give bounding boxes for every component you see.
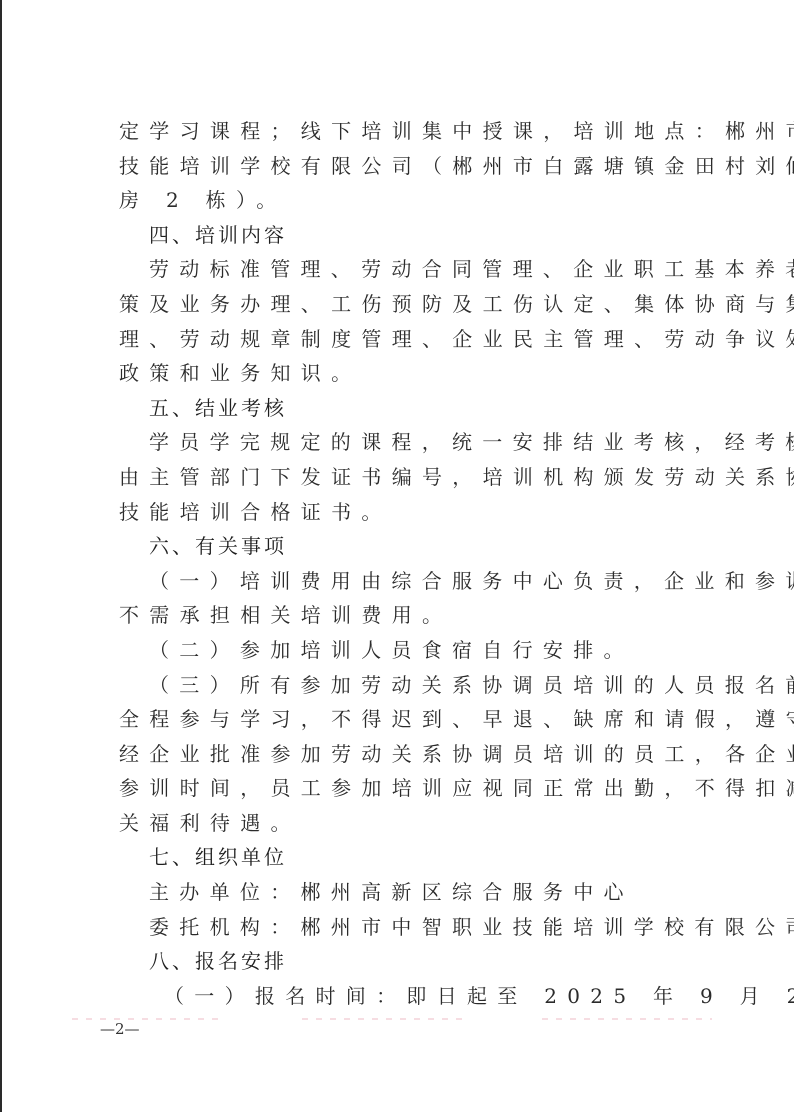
section-heading-completion-assessment: 五、结业考核	[119, 391, 709, 426]
scan-artifact	[302, 1018, 462, 1020]
document-page: 定学习课程；线下培训集中授课，培训地点：郴州市中智职业 技能培训学校有限公司（郴…	[2, 0, 794, 1112]
page-number: —2—	[100, 1020, 140, 1038]
paragraph-line: 参训时间，员工参加培训应视同正常出勤，不得扣减工资和相	[119, 771, 709, 806]
paragraph-line: 主办单位：郴州高新区综合服务中心	[119, 875, 709, 910]
section-heading-registration: 八、报名安排	[119, 944, 709, 979]
scan-artifact	[72, 1018, 222, 1020]
paragraph-line: （三）所有参加劳动关系协调员培训的人员报名前请确保	[119, 668, 709, 703]
section-heading-related-matters: 六、有关事项	[119, 529, 709, 564]
paragraph-line: 不需承担相关培训费用。	[119, 598, 709, 633]
paragraph-line: （一）报名时间：即日起至 2025 年 9 月 20 日	[119, 979, 709, 1014]
paragraph-line: 技能培训合格证书。	[119, 495, 709, 530]
paragraph-line: 由主管部门下发证书编号，培训机构颁发劳动关系协调员职业	[119, 460, 709, 495]
paragraph-line: 关福利待遇。	[119, 806, 709, 841]
paragraph-line: 经企业批准参加劳动关系协调员培训的员工，各企业请确保其	[119, 737, 709, 772]
scan-artifact	[542, 1018, 712, 1020]
paragraph-line: （一）培训费用由综合服务中心负责，企业和参训学员均	[119, 564, 709, 599]
section-heading-organizers: 七、组织单位	[119, 840, 709, 875]
paragraph-line: （二）参加培训人员食宿自行安排。	[119, 633, 709, 668]
section-heading-training-content: 四、培训内容	[119, 218, 709, 253]
paragraph-line: 学员学完规定的课程，统一安排结业考核，经考核合格后，	[119, 425, 709, 460]
paragraph-line: 策及业务办理、工伤预防及工伤认定、集体协商与集体合同管	[119, 287, 709, 322]
paragraph-line: 技能培训学校有限公司（郴州市白露塘镇金田村刘仙公共租赁	[119, 149, 709, 184]
paragraph-line: 政策和业务知识。	[119, 356, 709, 391]
paragraph-line: 全程参与学习，不得迟到、早退、缺席和请假，遵守课堂纪律。	[119, 702, 709, 737]
paragraph-line: 房 2 栋）。	[119, 183, 709, 218]
paragraph-line: 劳动标准管理、劳动合同管理、企业职工基本养老保险政	[119, 252, 709, 287]
document-body: 定学习课程；线下培训集中授课，培训地点：郴州市中智职业 技能培训学校有限公司（郴…	[119, 114, 709, 1013]
paragraph-line: 理、劳动规章制度管理、企业民主管理、劳动争议处理等有关	[119, 322, 709, 357]
paragraph-line: 定学习课程；线下培训集中授课，培训地点：郴州市中智职业	[119, 114, 709, 149]
paragraph-line: 委托机构：郴州市中智职业技能培训学校有限公司	[119, 910, 709, 945]
